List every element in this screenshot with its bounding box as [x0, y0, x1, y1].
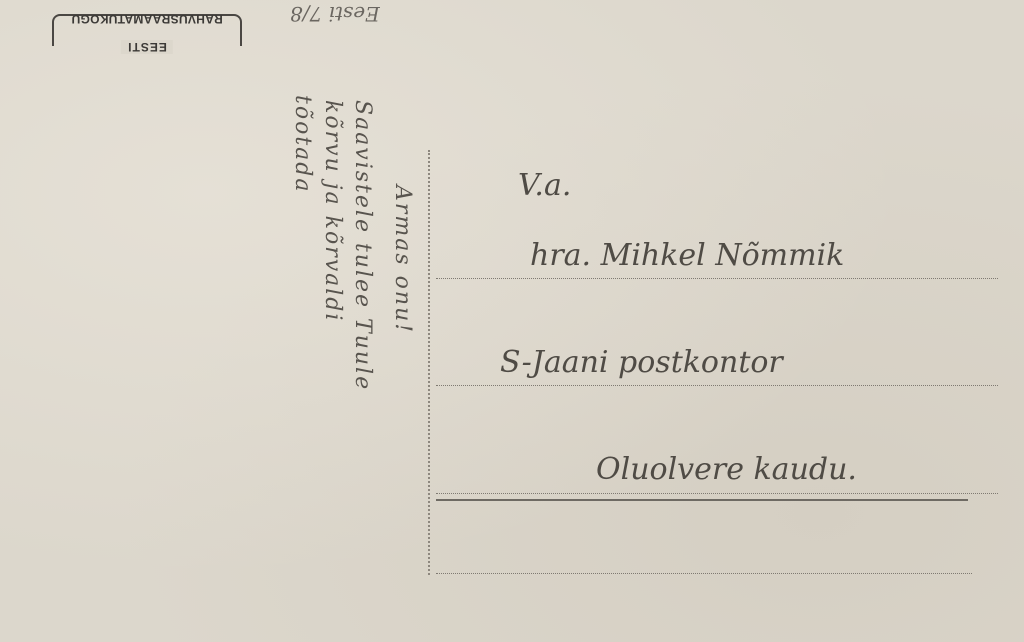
address-rule	[436, 573, 972, 574]
library-stamp: EESTI RAHVUSRAAMATUKOGU	[52, 4, 242, 56]
address-line-4: Oluolvere kaudu.	[596, 452, 857, 487]
address-rule	[436, 385, 998, 386]
address-rule-heavy	[436, 499, 968, 501]
address-line-1: V.a.	[518, 168, 571, 203]
message-line: Saavistele tulee Tuule	[350, 100, 375, 391]
stamp-line-library: RAHVUSRAAMATUKOGU	[52, 12, 242, 26]
stamp-line-eesti: EESTI	[121, 40, 173, 54]
message-line: kõrvu ja kõrvaldi	[320, 100, 345, 322]
message-line: tõotada	[290, 95, 315, 194]
postcard-back: EESTI RAHVUSRAAMATUKOGU Eesti 7/8 Armas …	[0, 0, 1024, 642]
address-line-3: S-Jaani postkontor	[500, 345, 783, 380]
catalog-note: Eesti 7/8	[290, 2, 380, 26]
handwritten-message: Armas onu! Saavistele tulee Tuule kõrvu …	[290, 95, 430, 575]
address-line-2: hra. Mihkel Nõmmik	[530, 238, 844, 273]
message-line: Armas onu!	[390, 185, 415, 334]
vertical-divider	[428, 150, 430, 575]
address-rule	[436, 278, 998, 279]
address-rule	[436, 493, 998, 494]
